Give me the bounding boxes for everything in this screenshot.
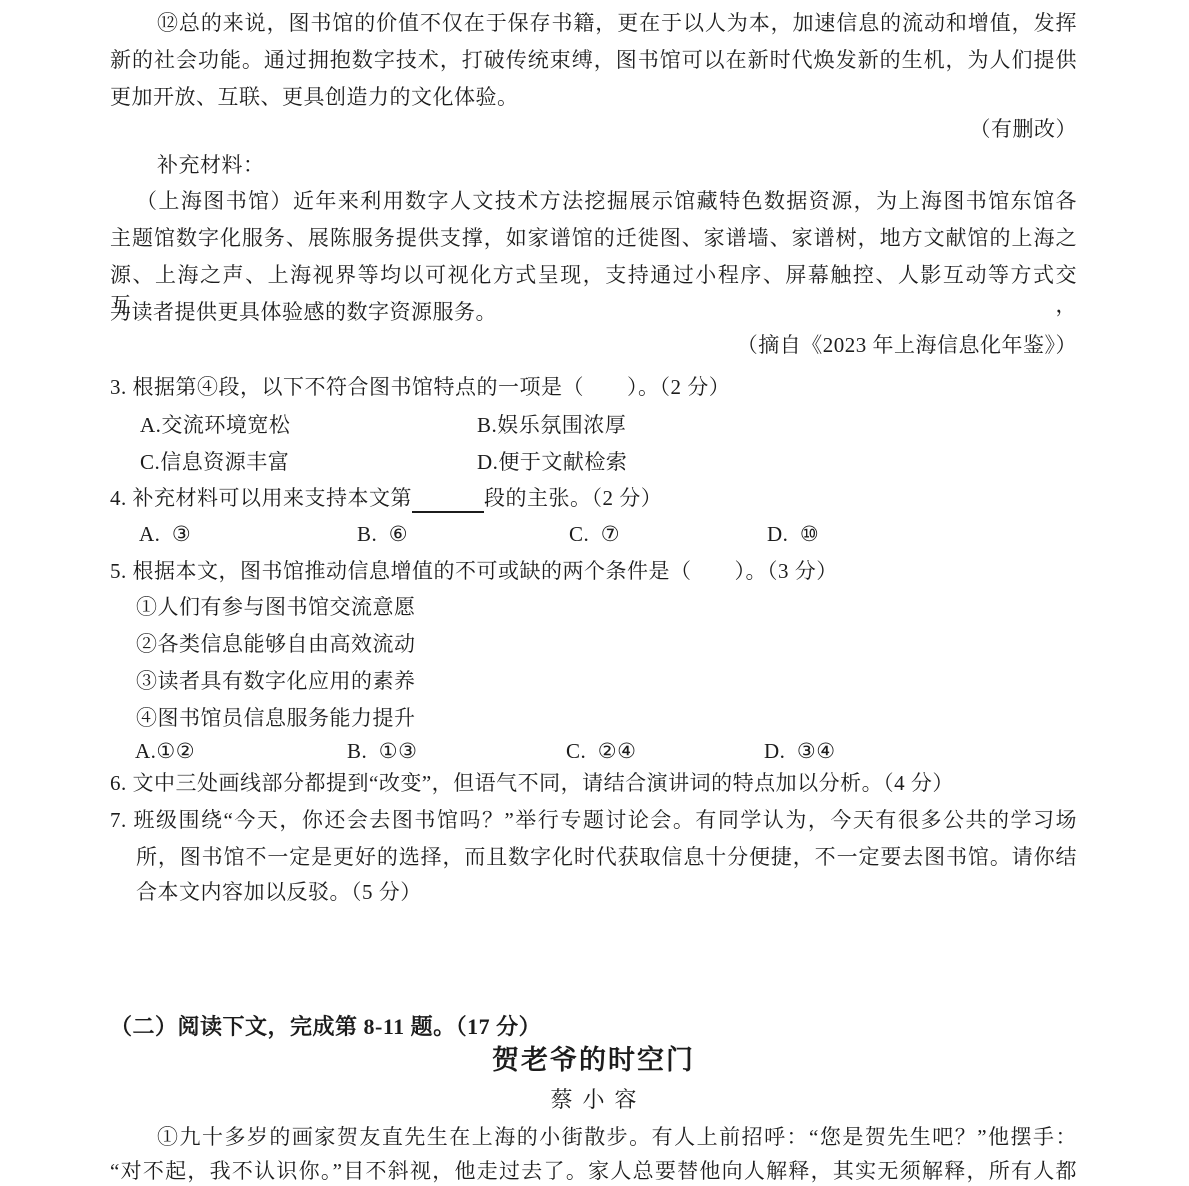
q4-option-b: B. ⑥ — [357, 519, 408, 549]
q5-option-a: A.①② — [135, 736, 195, 766]
para1-line: “对不起，我不认识你。”目不斜视，他走过去了。家人总要替他向人解释，其实无须解释… — [110, 1156, 1077, 1186]
supplement-line: （上海图书馆）近年来利用数字人文技术方法挖掘展示馆藏特色数据资源，为上海图书馆东… — [110, 186, 1077, 216]
q3-option-b: B.娱乐氛围浓厚 — [477, 410, 626, 440]
q4-option-a: A. ③ — [139, 519, 191, 549]
q5-option-b: B. ①③ — [347, 736, 417, 766]
supplement-line: 主题馆数字化服务、展陈服务提供支撑，如家谱馆的迁徙图、家谱墙、家谱树，地方文献馆… — [110, 223, 1077, 253]
q3-option-a: A.交流环境宽松 — [140, 410, 290, 440]
edit-note: （有删改） — [110, 114, 1077, 144]
q4-blank-underline — [412, 490, 484, 513]
q4-option-c: C. ⑦ — [569, 519, 620, 549]
q7-line: 所，图书馆不一定是更好的选择，而且数字化时代获取信息十分便捷，不一定要去图书馆。… — [110, 842, 1077, 872]
passage-line: ⑫总的来说，图书馆的价值不仅在于保存书籍，更在于以人为本，加速信息的流动和增值，… — [110, 8, 1077, 38]
q7-line: 合本文内容加以反驳。（5 分） — [110, 877, 1077, 907]
q5-item: ④图书馆员信息服务能力提升 — [110, 703, 1077, 733]
exam-page: ⑫总的来说，图书馆的价值不仅在于保存书籍，更在于以人为本，加速信息的流动和增值，… — [0, 0, 1189, 1186]
q3-option-c: C.信息资源丰富 — [140, 447, 289, 477]
q3-stem: 3. 根据第④段，以下不符合图书馆特点的一项是（ ）。（2 分） — [110, 372, 1077, 402]
q7-line: 7. 班级围绕“今天，你还会去图书馆吗？”举行专题讨论会。有同学认为，今天有很多… — [110, 805, 1077, 835]
passage-author: 蔡小容 — [110, 1085, 1077, 1115]
exam-document-body: ⑫总的来说，图书馆的价值不仅在于保存书籍，更在于以人为本，加速信息的流动和增值，… — [110, 0, 1077, 1186]
q5-item: ②各类信息能够自由高效流动 — [110, 629, 1077, 659]
section2-header: （二）阅读下文，完成第 8-11 题。（17 分） — [110, 1012, 1077, 1042]
q4-stem-after: 段的主张。（2 分） — [484, 486, 662, 510]
q5-option-c: C. ②④ — [566, 736, 636, 766]
q4-option-d: D. ⑩ — [767, 519, 819, 549]
q6-stem: 6. 文中三处画线部分都提到“改变”，但语气不同，请结合演讲词的特点加以分析。（… — [110, 768, 1077, 798]
supplement-label: 补充材料： — [110, 150, 1077, 180]
source-note: （摘自《2023 年上海信息化年鉴》） — [110, 330, 1077, 360]
q5-item: ③读者具有数字化应用的素养 — [110, 666, 1077, 696]
q3-option-d: D.便于文献检索 — [477, 447, 627, 477]
passage-line: 更加开放、互联、更具创造力的文化体验。 — [110, 82, 1077, 112]
q4-stem: 4. 补充材料可以用来支持本文第段的主张。（2 分） — [110, 483, 1077, 513]
passage-title: 贺老爷的时空门 — [110, 1045, 1077, 1075]
q5-option-d: D. ③④ — [764, 736, 836, 766]
supplement-line: 为读者提供更具体验感的数字资源服务。 — [110, 297, 1077, 327]
passage-line: 新的社会功能。通过拥抱数字技术，打破传统束缚，图书馆可以在新时代焕发新的生机，为… — [110, 45, 1077, 75]
q5-stem: 5. 根据本文，图书馆推动信息增值的不可或缺的两个条件是（ ）。（3 分） — [110, 556, 1077, 586]
q4-stem-before: 4. 补充材料可以用来支持本文第 — [110, 486, 412, 510]
q5-item: ①人们有参与图书馆交流意愿 — [110, 592, 1077, 622]
para1-line: ①九十多岁的画家贺友直先生在上海的小街散步。有人上前招呼：“您是贺先生吧？”他摆… — [110, 1122, 1077, 1152]
